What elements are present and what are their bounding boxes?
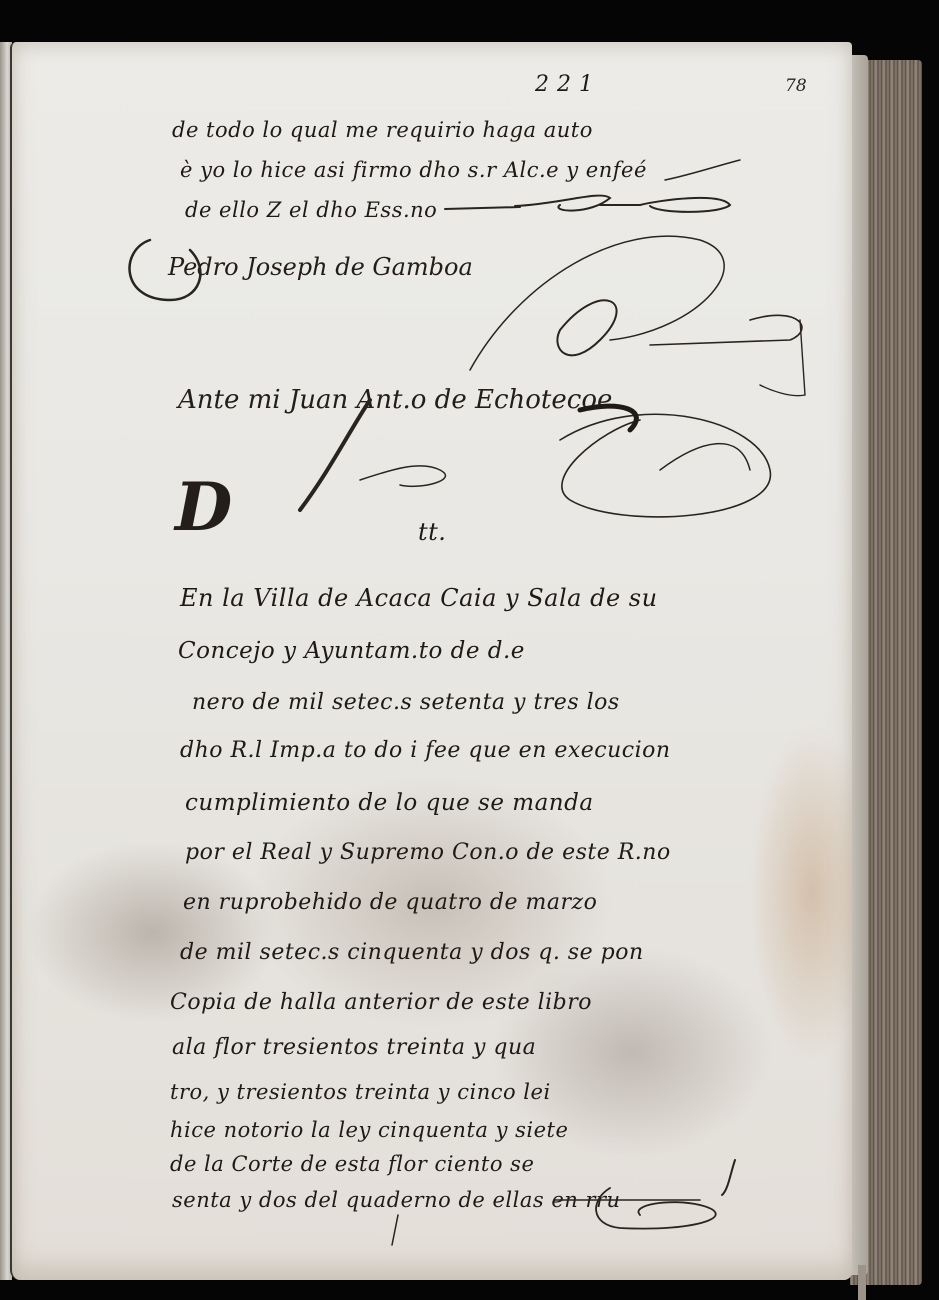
folio-number: 78 — [785, 76, 807, 96]
body-line-2: Concejo y Ayuntam.to de d.e — [178, 638, 525, 664]
body-line-11: tro, y tresientos treinta y cinco lei — [170, 1080, 551, 1104]
body-line-5: cumplimiento de lo que se manda — [185, 790, 594, 816]
signature-gamboa: Pedro Joseph de Gamboa — [168, 253, 473, 281]
section-marker: tt. — [418, 518, 446, 546]
body-line-1: En la Villa de Acaca Caia y Sala de su — [180, 584, 658, 612]
body-line-4: dho R.l Imp.a to do i fee que en execuci… — [180, 738, 671, 763]
body-line-12: hice notorio la ley cinquenta y siete — [170, 1118, 568, 1142]
signature-notary: Ante mi Juan Ant.o de Echotecoe — [178, 385, 612, 415]
marginal-initial: D — [175, 468, 232, 546]
body-line-13: de la Corte de esta flor ciento se — [170, 1152, 534, 1176]
body-line-6: por el Real y Supremo Con.o de este R.no — [185, 840, 671, 865]
body-line-7: en ruprobehido de quatro de marzo — [183, 890, 597, 915]
closing-line-2: è yo lo hice asi firmo dho s.r Alc.e y e… — [180, 158, 647, 182]
closing-line-1: de todo lo qual me requirio haga auto — [172, 118, 593, 142]
body-line-3: nero de mil setec.s setenta y tres los — [192, 690, 620, 715]
body-line-9: Copia de halla anterior de este libro — [170, 990, 592, 1015]
bookmark-ribbon — [858, 1265, 866, 1300]
closing-line-3: de ello Z el dho Ess.no — [185, 198, 437, 222]
body-line-8: de mil setec.s cinquenta y dos q. se pon — [180, 940, 644, 965]
top-margin-marks: 2 2 1 — [535, 72, 593, 97]
body-line-10: ala flor tresientos treinta y qua — [172, 1035, 536, 1060]
body-line-14: senta y dos del quaderno de ellas en rru — [172, 1188, 621, 1212]
